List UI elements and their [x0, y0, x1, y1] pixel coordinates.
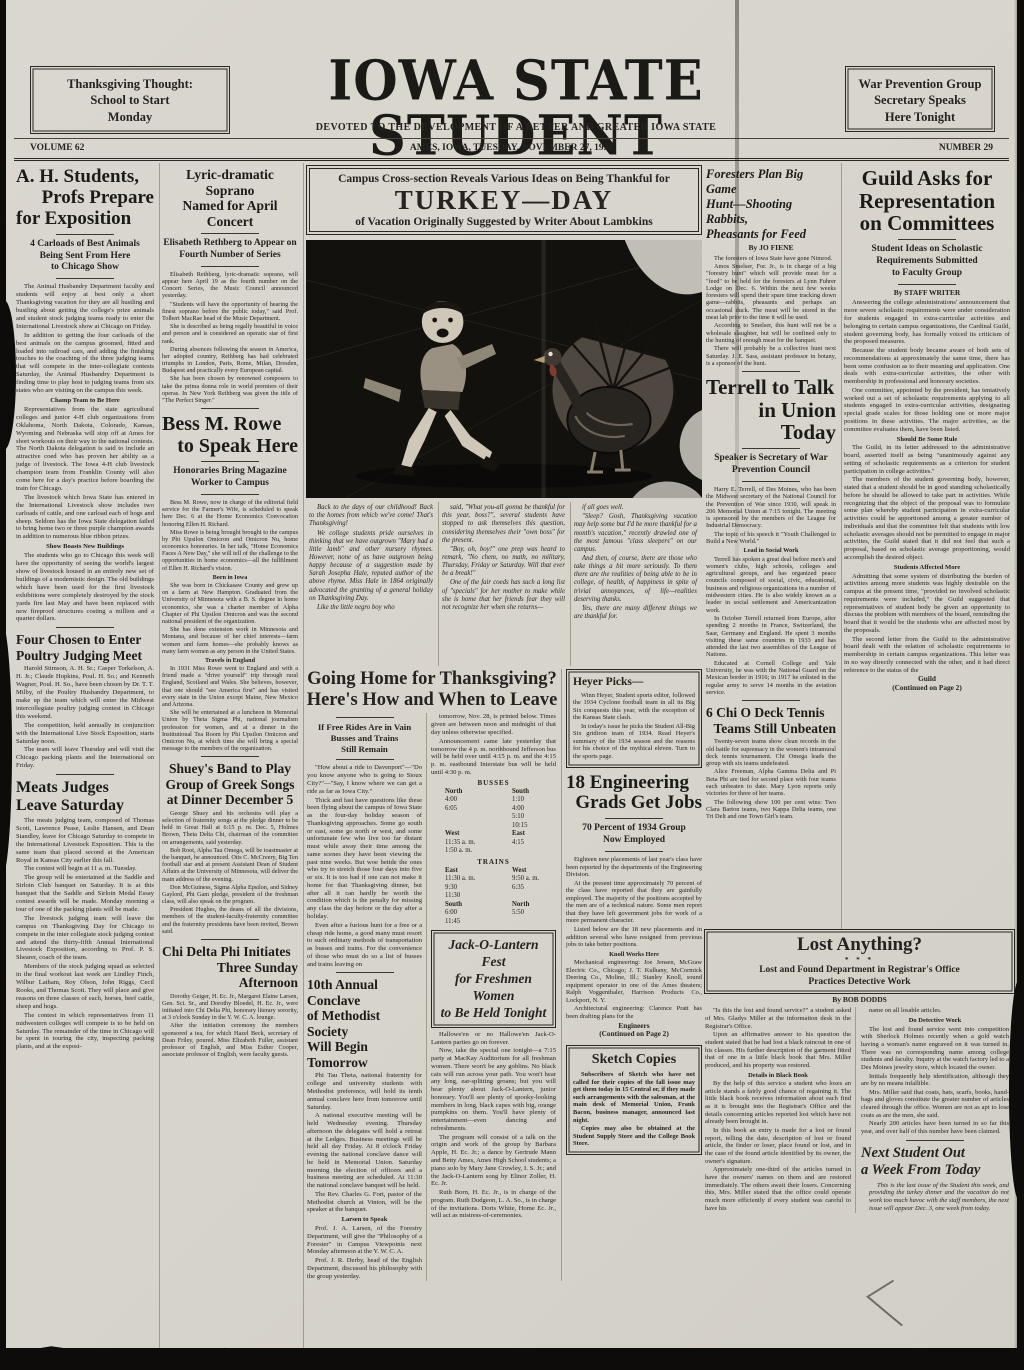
- schedule-cell: 9:50 a. m.: [512, 875, 546, 883]
- divider-rule: [201, 266, 259, 267]
- text-line: Leave Saturday: [16, 797, 154, 815]
- divider-rule: [605, 818, 663, 819]
- headline-chi-delta-phi: Chi Delta Phi InitiatesThree Sunday Afte…: [162, 944, 298, 991]
- text-line: The team will leave Thursday and will vi…: [16, 746, 154, 770]
- article-next-student: Next Student Outa Week From Today This i…: [861, 1145, 1009, 1212]
- text-line: Requirements Submitted: [844, 256, 1010, 268]
- divider-rule: [201, 494, 259, 495]
- divider-rule: [201, 461, 259, 462]
- article-meats-judges: Meats JudgesLeave Saturday The meats jud…: [16, 779, 154, 1051]
- schedule-row: SouthNorth: [431, 901, 556, 909]
- headline-meats-judges: Meats JudgesLeave Saturday: [16, 779, 154, 815]
- article-engineering-jobs: 18 EngineeringGrads Get Jobs 70 Percent …: [566, 773, 702, 1039]
- article-body: George Shuey and his orchestra will play…: [162, 810, 298, 935]
- divider-rule: [898, 284, 956, 285]
- schedule-cell: South: [512, 788, 546, 796]
- schedule-cell: 5:10: [512, 813, 546, 821]
- text-line: Secretary Speaks: [846, 92, 994, 108]
- text-line: Lyric-dramatic Soprano: [162, 167, 298, 198]
- crosshead: Details in Black Book: [705, 1072, 851, 1080]
- schedule-cell: 9:30: [445, 884, 487, 892]
- text-line: In 1931 Miss Rowe went to England and wi…: [162, 665, 298, 708]
- divider-rule: [56, 234, 114, 235]
- text-line: The Rev. Charles G. Fort, pastor of the …: [307, 1191, 422, 1214]
- column-2: Lyric-dramatic SopranoNamed for April Co…: [160, 163, 304, 1348]
- text-line: Next Student Out: [861, 1145, 1009, 1162]
- text-line: 4 Carloads of Best Animals: [16, 239, 154, 251]
- schedule-row: 6:054:00: [431, 805, 556, 813]
- text-line: The contest in which representatives fro…: [16, 1012, 154, 1052]
- schedule-row: 6:005:50: [431, 909, 556, 917]
- text-line: to Faculty Group: [844, 268, 1010, 280]
- schedule-cell: North: [512, 901, 546, 909]
- trains-label: TRAINS: [431, 858, 556, 866]
- article-body: Hallowe'en or no Hallowe'en Jack-O-Lante…: [431, 1031, 556, 1220]
- text-line: Mechanical engineering: Joe Jensen, McGr…: [566, 959, 702, 1004]
- lost-anything-title: Lost Anything?: [711, 934, 1008, 956]
- schedule-cell: [445, 822, 487, 830]
- text-line: Bob Root, Alpha Tau Omega, will be toast…: [162, 847, 298, 883]
- text-line: The foresters of Iowa State have gone Ni…: [706, 255, 836, 262]
- scan-edge-artifact: [6, 620, 12, 880]
- text-line: Educated at Cornell College and Yale Uni…: [706, 660, 836, 696]
- text-line: We college students pride ourselves in t…: [309, 530, 433, 603]
- article-body: Dorothy Geiger, H. Ec. Jr., Margaret Ela…: [162, 993, 298, 1059]
- text-line: Chi Delta Phi Initiates: [162, 944, 298, 960]
- crosshead: Should Be Some Rule: [844, 436, 1010, 444]
- divider-rule: [906, 1140, 964, 1141]
- masthead-left-ear: Thanksgiving Thought:School to StartMond…: [30, 66, 230, 134]
- text-line: Profs Prepare: [16, 188, 154, 209]
- text-line: "Boy, oh, boy!" one prep was heard to re…: [442, 546, 565, 579]
- thanksgiving-thought-box: Thanksgiving Thought:School to StartMond…: [31, 76, 229, 125]
- text-line: She was born in Chickasaw County and gre…: [162, 582, 298, 625]
- text-line: Grads Get Jobs: [566, 793, 702, 814]
- text-line: Speaker is Secretary of War: [706, 453, 836, 465]
- headline-engineering-jobs: 18 EngineeringGrads Get Jobs: [566, 773, 702, 815]
- text-line: Guild Asks for: [844, 167, 1010, 190]
- text-line: Representatives from the state agricultu…: [16, 406, 154, 493]
- text-line: Like the little negro boy who: [309, 604, 433, 612]
- text-line: Prof. J. A. Larsen, of the Forestry Depa…: [307, 1225, 422, 1256]
- schedule-cell: 6:00: [445, 909, 487, 917]
- thankful-story-columns: Back to the days of our childhood! Back …: [306, 502, 702, 666]
- text-line: If Free Rides Are in Vain: [307, 722, 422, 733]
- dateline-row: VOLUME 62 AMES, IOWA, TUESDAY, NOVEMBER …: [14, 141, 1009, 157]
- text-line: at Dinner December 5: [162, 792, 298, 808]
- text-line: "How about a ride to Davenport"—"Do you …: [307, 764, 422, 795]
- schedule-row: 11:30 a. m.9:50 a. m.: [431, 875, 556, 883]
- bus-schedule-table: NorthSouth4:001:106:054:005:1010:15WestE…: [431, 788, 556, 856]
- text-line: The members of the student governing bod…: [844, 476, 1010, 561]
- text-line: Harry E. Terrell, of Des Moines, who has…: [706, 486, 836, 530]
- text-line: Admitting that some system of distributi…: [844, 573, 1010, 635]
- schedule-cell: 11:30: [445, 892, 487, 900]
- busses-label: BUSSES: [431, 779, 556, 787]
- text-line: During absences following the season in …: [162, 346, 298, 375]
- divider-rule: [742, 371, 800, 372]
- text-line: Terrell to Talk: [706, 376, 836, 399]
- headline-poultry-judging: Four Chosen to EnterPoultry Judging Meet: [16, 632, 154, 663]
- text-line: Honoraries Bring Magazine: [162, 466, 298, 478]
- divider-rule: [56, 627, 114, 628]
- headline-terrell-talk: Terrell to Talkin Union Today: [706, 376, 836, 444]
- crosshead: Lead in Social Work: [706, 547, 836, 554]
- schedule-cell: West: [445, 830, 487, 838]
- schedule-row: WestEast: [431, 830, 556, 838]
- text-line: Even after a furious hunt for a free or …: [307, 922, 422, 969]
- schedule-row: 4:001:10: [431, 796, 556, 804]
- text-line: In October Terrell returned from Europe,…: [706, 615, 836, 659]
- headline-going-home: Going Home for Thanksgiving?Here's How a…: [306, 669, 558, 710]
- text-line: This is the last issue of the Student th…: [861, 1182, 1009, 1213]
- text-line: Monday: [31, 109, 229, 125]
- text-line: Jack-O-Lantern Fest: [438, 937, 549, 971]
- crosshead: Do Detective Work: [861, 1017, 1009, 1025]
- text-line: Initials frequently help identification,…: [861, 1073, 1009, 1088]
- text-line: Miss Rowe is being brought brought to th…: [162, 529, 298, 572]
- deck-free-rides: If Free Rides Are in VainBusses and Trai…: [307, 722, 422, 755]
- divider-rule: [605, 851, 663, 852]
- issue-number: NUMBER 29: [939, 143, 993, 153]
- text-line: Teams Still Unbeaten: [706, 721, 836, 737]
- crosshead: Champ Team to Be Here: [16, 397, 154, 405]
- text-line: Bess M. Rowe: [162, 413, 298, 435]
- schedule-row: EastWest: [431, 867, 556, 875]
- text-line: At the present time approximately 70 per…: [566, 880, 702, 925]
- text-line: Being Sent From Here: [16, 251, 154, 263]
- banner-title: TURKEY—DAY: [313, 185, 695, 216]
- going-home-left-column: If Free Rides Are in VainBusses and Trai…: [306, 713, 427, 1281]
- text-line: Announcement came late yesterday that to…: [431, 738, 556, 777]
- banner-kicker: Campus Cross-section Reveals Various Ide…: [313, 173, 695, 185]
- headline-guild: Guild Asks forRepresentationon Committee…: [844, 167, 1010, 235]
- text-line: Amos Smelser, For. Jr., is in charge of …: [706, 263, 836, 321]
- article-terrell-talk: Terrell to Talkin Union Today Speaker is…: [706, 376, 836, 696]
- article-bess-rowe: Bess M. Roweto Speak Here Honoraries Bri…: [162, 413, 298, 752]
- text-line: The students who go to Chicago this week…: [16, 552, 154, 623]
- center-section: Campus Cross-section Reveals Various Ide…: [304, 163, 704, 1348]
- deck-bess-rowe: Honoraries Bring MagazineWorker to Campu…: [162, 466, 298, 490]
- thanksgiving-cartoon-image: [306, 240, 702, 498]
- schedule-cell: 11:30 a. m.: [445, 875, 487, 883]
- schedule-row: 1:50 a. m.: [431, 847, 556, 855]
- text-line: The second letter from the Guild to the …: [844, 636, 1010, 675]
- text-line: Busses and Trains: [307, 733, 422, 744]
- text-line: Copies may also be obtained at the Stude…: [573, 1125, 695, 1148]
- text-line: tomorrow, Nov. 28, is printed below. Tim…: [431, 713, 556, 736]
- schedule-cell: North: [445, 788, 487, 796]
- text-line: Harold Stimson, A. H. Sr.; Casper Torkel…: [16, 665, 154, 720]
- text-line: Here Tonight: [846, 109, 994, 125]
- text-line: Prof. J. R. Derby, head of the English D…: [307, 1257, 422, 1280]
- text-line: (Continued on Page 2): [566, 1030, 702, 1039]
- box-body: Subscribers of Sketch who have not calle…: [573, 1071, 695, 1147]
- divider-rule: [336, 972, 394, 973]
- schedule-cell: 1:10: [512, 796, 546, 804]
- text-line: The program will consist of a talk on th…: [431, 1134, 556, 1188]
- banner-subtitle: of Vacation Originally Suggested by Writ…: [313, 216, 695, 228]
- divider-rule: [742, 448, 800, 449]
- column-1: A. H. Students,Profs Preparefor Expositi…: [14, 163, 160, 1348]
- article-ah-exposition: A. H. Students,Profs Preparefor Expositi…: [16, 167, 154, 623]
- headline-ah-exposition: A. H. Students,Profs Preparefor Expositi…: [16, 167, 154, 230]
- text-line: Because the student body became aware of…: [844, 347, 1010, 386]
- text-line: Student Ideas on Scholastic: [844, 244, 1010, 256]
- going-home-section: Going Home for Thanksgiving?Here's How a…: [306, 669, 562, 1281]
- article-methodist-conclave: 10th Annual Conclaveof Methodist Society…: [307, 977, 422, 1280]
- text-line: One committee, appointed by the presiden…: [844, 387, 1010, 434]
- text-line: Group of Greek Songs: [162, 777, 298, 793]
- text-line: "Students will have the opportunity of h…: [162, 301, 298, 323]
- text-line: A national executive meeting will be hel…: [307, 1112, 422, 1190]
- text-line: In today's issue he picks the Student Al…: [573, 723, 695, 761]
- turkey-day-banner: Campus Cross-section Reveals Various Ide…: [306, 165, 702, 235]
- text-line: Upon an affirmative answer to his questi…: [705, 1031, 851, 1069]
- byline-staff-writer: By STAFF WRITER: [844, 289, 1010, 298]
- text-line: The Guild, in its letter addressed to th…: [844, 444, 1010, 475]
- article-soprano-concert: Lyric-dramatic SopranoNamed for April Co…: [162, 167, 298, 404]
- text-line: Elisabeth Rethberg, lyric-dramatic sopra…: [162, 271, 298, 300]
- schedule-row: NorthSouth: [431, 788, 556, 796]
- column-4: Heyer Picks— Winn Heyer, Student sports …: [562, 669, 702, 1281]
- schedule-cell: 10:15: [512, 822, 546, 830]
- article-body: Harry E. Terrell, of Des Moines, who has…: [706, 486, 836, 696]
- text-line: Elisabeth Rethberg to Appear on: [162, 238, 298, 250]
- article-body: The foresters of Iowa State have gone Ni…: [706, 255, 836, 367]
- text-line: School to Start: [31, 92, 229, 108]
- text-line: Thick and fast have questions like these…: [307, 797, 422, 921]
- crosshead: Knoll Works Here: [566, 951, 702, 959]
- text-line: Answering the college administrations' a…: [844, 299, 1010, 346]
- divider-rule: [336, 759, 394, 760]
- schedule-row: 10:15: [431, 822, 556, 830]
- schedule-row: 5:10: [431, 813, 556, 821]
- text-line: for Exposition: [16, 209, 154, 230]
- divider-rule: [201, 408, 259, 409]
- text-line: Twenty-seven teams show clean records in…: [706, 738, 836, 767]
- crosshead: Larsen to Speak: [307, 1216, 422, 1224]
- text-line: Foresters Plan Big Game: [706, 167, 836, 197]
- divider-rule: [201, 233, 259, 234]
- text-line: War Prevention Group: [846, 76, 994, 92]
- divider-rule: [201, 756, 259, 757]
- newspaper-page: Thanksgiving Thought:School to StartMond…: [6, 0, 1017, 1348]
- text-line: Approximately one-third of the articles …: [705, 1166, 851, 1212]
- text-line: President Hughes, the deans of all the d…: [162, 906, 298, 935]
- schedule-cell: East: [445, 867, 487, 875]
- deck-engineering: 70 Percent of 1934 GroupNow Employed: [566, 823, 702, 847]
- schedule-cell: East: [512, 830, 546, 838]
- sketch-copies-title: Sketch Copies: [573, 1052, 695, 1069]
- newspaper-motto: DEVOTED TO THE DEVELOPMENT OF A BETTER A…: [226, 122, 806, 133]
- text-line: 18 Engineering: [566, 773, 702, 794]
- text-line: Four Chosen to Enter: [16, 632, 154, 648]
- text-line: The group will be entertained at the Sad…: [16, 874, 154, 914]
- text-line: Here's How and When to Leave: [306, 690, 558, 711]
- text-line: Going Home for Thanksgiving?: [306, 669, 558, 690]
- dateline: AMES, IOWA, TUESDAY, NOVEMBER 27, 1934: [14, 143, 1009, 153]
- schedule-cell: 6:35: [512, 884, 546, 892]
- heyer-picks-box: Heyer Picks— Winn Heyer, Student sports …: [566, 669, 702, 767]
- schedule-cell: 4:15: [512, 839, 546, 847]
- text-line: Meats Judges: [16, 779, 154, 797]
- headline-shuey-band: Shuey's Band to PlayGroup of Greek Songs…: [162, 761, 298, 808]
- article-foresters-hunt: Foresters Plan Big GameHunt—Shooting Rab…: [706, 167, 836, 367]
- scan-crease-artifact: [735, 0, 739, 560]
- headline-deck-tennis: 6 Chi O Deck TennisTeams Still Unbeaten: [706, 705, 836, 736]
- schedule-cell: [445, 813, 487, 821]
- schedule-row: 9:306:35: [431, 884, 556, 892]
- headline-jack-o-lantern: Jack-O-Lantern Festfor Freshmen Womento …: [431, 930, 556, 1027]
- text-line: She will be entertained at a luncheon in…: [162, 709, 298, 752]
- going-home-right-column: tomorrow, Nov. 28, is printed below. Tim…: [427, 713, 558, 1281]
- text-line: Named for April Concert: [162, 198, 298, 229]
- text-line: A. H. Students,: [16, 167, 154, 188]
- schedule-cell: 11:45: [445, 918, 487, 926]
- text-line: According to Smelser, this hunt will not…: [706, 322, 836, 344]
- crosshead: Students Affected More: [844, 564, 1010, 572]
- schedule-cell: [512, 892, 546, 900]
- text-line: In addition to getting the four carloads…: [16, 332, 154, 395]
- column-5: Foresters Plan Big GameHunt—Shooting Rab…: [704, 163, 842, 929]
- deck-soprano: Elisabeth Rethberg to Appear onFourth Nu…: [162, 238, 298, 262]
- text-line: Back to the days of our childhood! Back …: [309, 504, 433, 528]
- text-line: Now, take the special one tonight—a 7:15…: [431, 1047, 556, 1132]
- article-chi-delta-phi: Chi Delta Phi InitiatesThree Sunday Afte…: [162, 944, 298, 1058]
- article-poultry-judging: Four Chosen to EnterPoultry Judging Meet…: [16, 632, 154, 770]
- article-body: The meats judging team, composed of Thom…: [16, 817, 154, 1051]
- box-body: Winn Heyer, Student sports editor, follo…: [573, 692, 695, 761]
- text-line: Still Remain: [307, 744, 422, 755]
- text-line: Eighteen new placements of last year's c…: [566, 856, 702, 879]
- text-line: Mrs. Miller said that coats, hats, scarf…: [861, 1089, 1009, 1120]
- text-line: Subscribers of Sketch who have not calle…: [573, 1071, 695, 1124]
- headline-methodist-conclave: 10th Annual Conclaveof Methodist Society…: [307, 977, 422, 1070]
- deck-lost-found: Lost and Found Department in Registrar's…: [711, 965, 1008, 989]
- text-line: After the initiation ceremony the member…: [162, 1022, 298, 1058]
- divider-rule: [742, 700, 800, 701]
- divider-rule: [201, 939, 259, 940]
- text-line: George Shuey and his orchestra will play…: [162, 810, 298, 846]
- text-line: The contest will begin at 11 a. m. Tuesd…: [16, 865, 154, 873]
- divider-rule: [742, 481, 800, 482]
- deck-guild: Student Ideas on ScholasticRequirements …: [844, 244, 1010, 280]
- article-body: "How about a ride to Davenport"—"Do you …: [307, 764, 422, 968]
- column-6: Guild Asks forRepresentationon Committee…: [842, 163, 1015, 929]
- text-line: And then, of course, there are those who…: [574, 555, 697, 604]
- article-shuey-band: Shuey's Band to PlayGroup of Greek Songs…: [162, 761, 298, 935]
- deck-ah-exposition: 4 Carloads of Best AnimalsBeing Sent Fro…: [16, 239, 154, 275]
- schedule-row: 11:35 a. m.4:15: [431, 839, 556, 847]
- schedule-row: 11:45: [431, 918, 556, 926]
- text-line: Alice Freeman, Alpha Gamma Delta and Pi …: [706, 768, 836, 797]
- text-line: 70 Percent of 1934 Group: [566, 823, 702, 835]
- text-line: There will probably be a collective hunt…: [706, 345, 836, 367]
- text-line: She has done extension work in Minnesota…: [162, 626, 298, 655]
- text-line: She has been chosen by renowned composer…: [162, 375, 298, 404]
- article-guild-representation: Guild Asks forRepresentationon Committee…: [844, 167, 1010, 693]
- text-line: Thanksgiving Thought:: [31, 76, 229, 92]
- text-line: Hunt—Shooting Rabbits,: [706, 197, 836, 227]
- article-body: Harold Stimson, A. H. Sr.; Casper Torkel…: [16, 665, 154, 770]
- text-line: Poultry Judging Meet: [16, 648, 154, 664]
- text-line: "Sleep? Gosh, Thanksgiving vacation may …: [574, 513, 697, 554]
- ornament: * * *: [711, 956, 1008, 964]
- center-bottom-region: Going Home for Thanksgiving?Here's How a…: [306, 669, 702, 1281]
- article-body: Phi Tau Theta, national fraternity for c…: [307, 1072, 422, 1280]
- text-line: The topic of his speech it "Youth Challe…: [706, 531, 836, 546]
- article-body: Twenty-seven teams show clean records in…: [706, 738, 836, 820]
- text-line: Prevention Council: [706, 465, 836, 477]
- divider-rule: [336, 717, 394, 718]
- schedule-cell: 4:00: [512, 805, 546, 813]
- byline-jo-fiene: By JO FIENE: [706, 244, 836, 253]
- schedule-cell: [512, 847, 546, 855]
- sketch-copies-box: Sketch Copies Subscribers of Sketch who …: [566, 1045, 702, 1155]
- right-edge-shade-artifact: [1014, 0, 1024, 1370]
- text-line: a Week From Today: [861, 1162, 1009, 1179]
- story-column-2: said, "What you-all gonna be thankful fo…: [438, 502, 570, 666]
- story-column-3: if all goes well."Sleep? Gosh, Thanksgiv…: [570, 502, 702, 666]
- text-line: "Is this the lost and found service?" a …: [705, 1007, 851, 1030]
- headline-soprano-concert: Lyric-dramatic SopranoNamed for April Co…: [162, 167, 298, 229]
- divider-rule: [898, 239, 956, 240]
- article-body: Eighteen new placements of last year's c…: [566, 856, 702, 1020]
- text-line: 10th Annual Conclave: [307, 977, 422, 1008]
- lost-right-column: name on all losable articles.Do Detectiv…: [856, 1007, 1011, 1213]
- text-line: to Speak Here: [162, 435, 298, 457]
- headline-next-student: Next Student Outa Week From Today: [861, 1145, 1009, 1180]
- text-line: The Animal Husbandry Department faculty …: [16, 283, 154, 330]
- text-line: Shuey's Band to Play: [162, 761, 298, 777]
- text-line: in Union Today: [706, 399, 836, 444]
- text-line: Now Employed: [566, 835, 702, 847]
- crosshead: Travels in England: [162, 657, 298, 664]
- schedule-cell: 4:00: [445, 796, 487, 804]
- text-line: Don McGuiness, Sigma Alpha Epsilon, and …: [162, 884, 298, 906]
- text-line: Pheasants for Feed: [706, 227, 836, 242]
- text-line: if all goes well.: [574, 504, 697, 512]
- article-body: The Animal Husbandry Department faculty …: [16, 283, 154, 623]
- text-line: Architectural engineering: Clarence Prat…: [566, 1005, 702, 1020]
- article-body: This is the last issue of the Student th…: [861, 1182, 1009, 1213]
- schedule-cell: [512, 918, 546, 926]
- text-line: said, "What you-all gonna be thankful fo…: [442, 504, 565, 545]
- text-line: Yes, there are many different things we …: [574, 605, 697, 621]
- deck-terrell: Speaker is Secretary of WarPrevention Co…: [706, 453, 836, 477]
- schedule-row: 11:30: [431, 892, 556, 900]
- text-line: Representation: [844, 190, 1010, 213]
- article-body: Bess M. Rowe, now in charge of the edito…: [162, 499, 298, 752]
- text-line: Fourth Number of Series: [162, 250, 298, 262]
- crosshead: Born in Iowa: [162, 574, 298, 581]
- masthead-right-ear: War Prevention GroupSecretary SpeaksHere…: [845, 66, 995, 132]
- text-line: Nearly 200 articles have been turned in …: [861, 1120, 1009, 1135]
- text-line: Dorothy Geiger, H. Ec. Jr., Margaret Ela…: [162, 993, 298, 1022]
- continued-notice: Guild(Continued on Page 2): [844, 675, 1010, 692]
- schedule-cell: South: [445, 901, 487, 909]
- headline-bess-rowe: Bess M. Roweto Speak Here: [162, 413, 298, 457]
- article-body: tomorrow, Nov. 28, is printed below. Tim…: [431, 713, 556, 776]
- article-body: Answering the college administrations' a…: [844, 299, 1010, 674]
- war-prevention-box: War Prevention GroupSecretary SpeaksHere…: [846, 76, 994, 125]
- masthead-heavy-rule: [14, 158, 1009, 161]
- text-line: The livestock judging team will leave th…: [16, 915, 154, 962]
- text-line: 6 Chi O Deck Tennis: [706, 705, 836, 721]
- headline-foresters-hunt: Foresters Plan Big GameHunt—Shooting Rab…: [706, 167, 836, 242]
- text-line: By the help of this service a student wh…: [705, 1080, 851, 1126]
